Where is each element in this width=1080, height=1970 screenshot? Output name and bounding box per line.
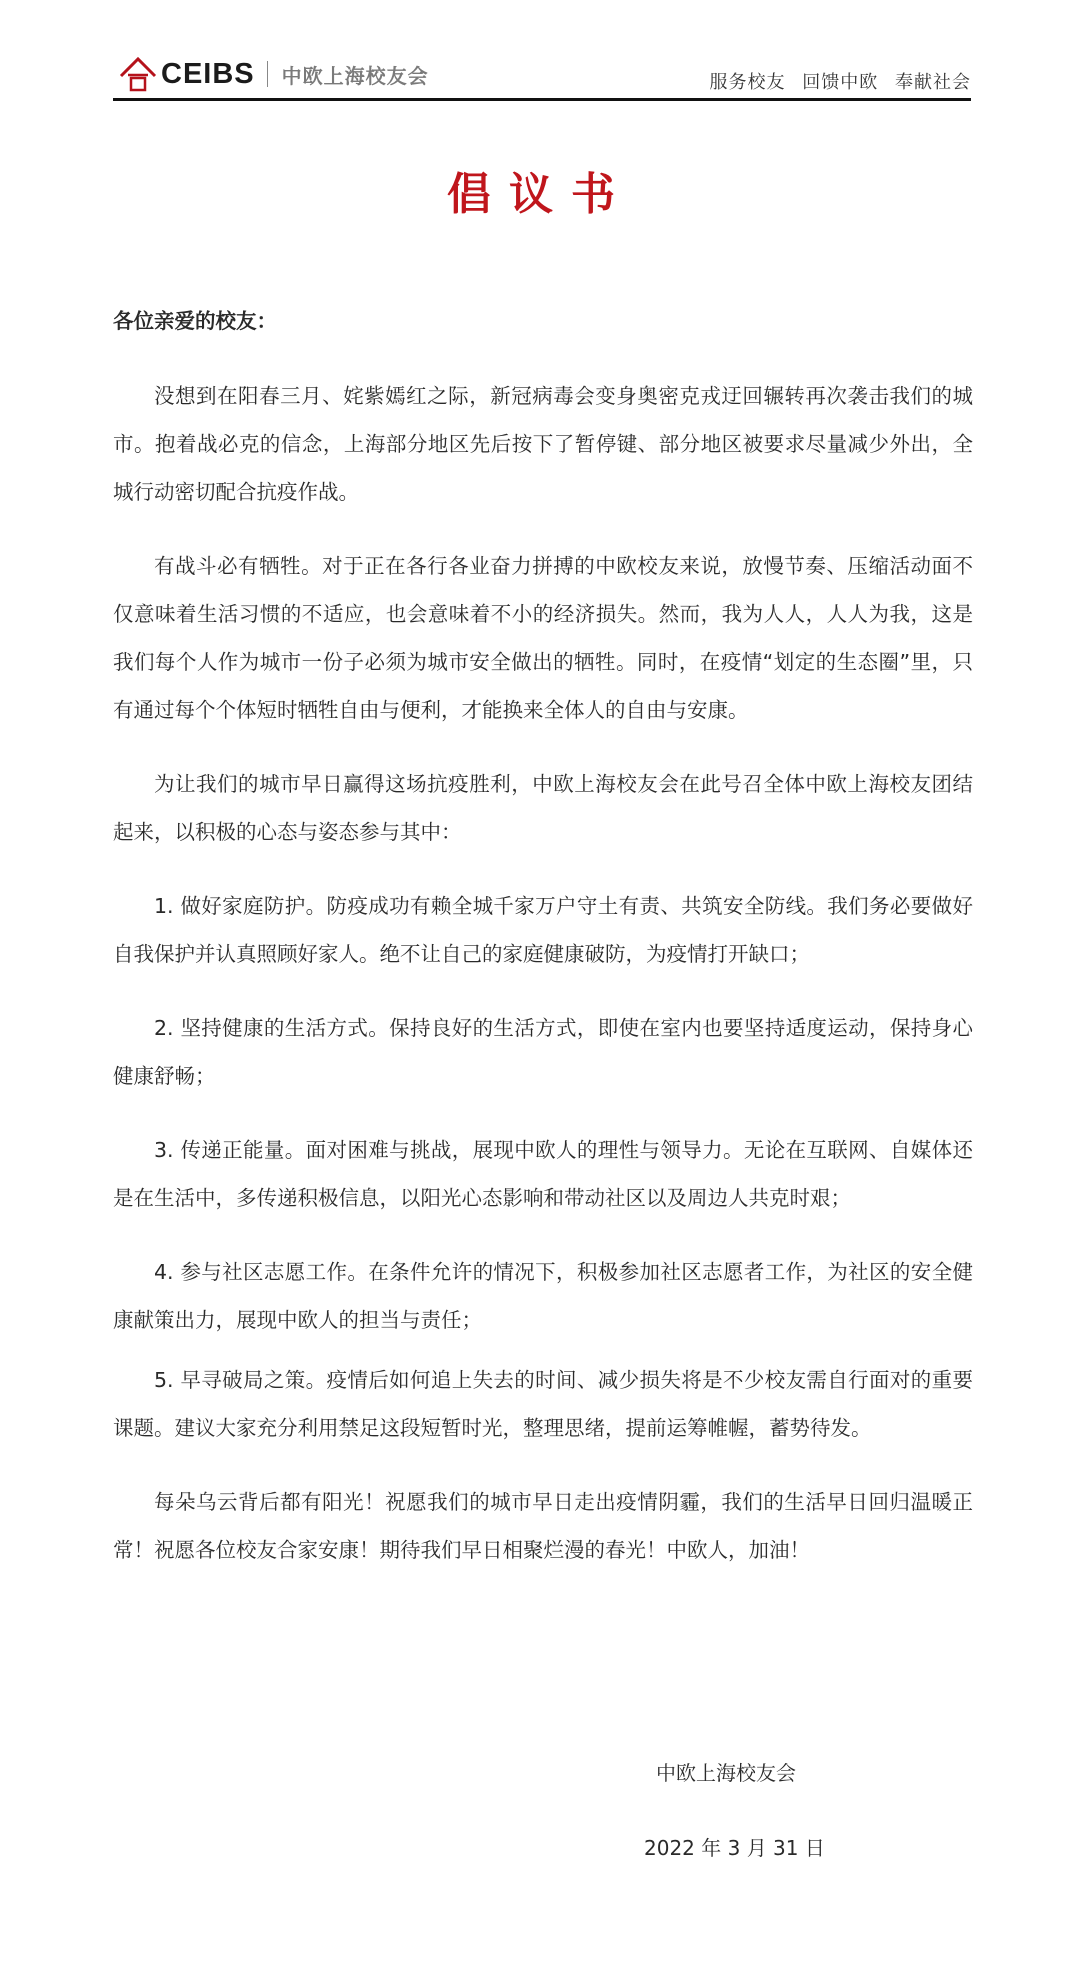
header-rule [113,98,971,101]
logo-chinese-name: 中欧上海校友会 [282,60,429,89]
ceibs-logo: CEIBS 中欧上海校友会 [119,56,429,92]
date: 2022 年 3 月 31 日 [644,1832,825,1861]
logo-divider [267,61,268,87]
slogan-item: 服务校友 [710,72,786,93]
list-item: 3. 传递正能量。面对困难与挑战，展现中欧人的理性与领导力。无论在互联网、自媒体… [113,1126,973,1222]
document-title: 倡议书 [0,158,1080,222]
paragraph: 为让我们的城市早日赢得这场抗疫胜利，中欧上海校友会在此号召全体中欧上海校友团结起… [113,760,973,856]
list-item: 5. 早寻破局之策。疫情后如何追上失去的时间、减少损失将是不少校友需自行面对的重… [113,1356,973,1452]
list-item: 4. 参与社区志愿工作。在条件允许的情况下，积极参加社区志愿者工作，为社区的安全… [113,1248,973,1344]
paragraph: 有战斗必有牺牲。对于正在各行各业奋力拼搏的中欧校友来说，放慢节奏、压缩活动面不仅… [113,542,973,734]
logo-text: CEIBS [161,58,255,91]
slogan-item: 回馈中欧 [802,72,878,93]
paragraph: 没想到在阳春三月、姹紫嫣红之际，新冠病毒会变身奥密克戎迂回辗转再次袭击我们的城市… [113,372,973,516]
signature: 中欧上海校友会 [656,1757,796,1786]
slogan: 服务校友 回馈中欧 奉献社会 [700,68,971,94]
list-item: 1. 做好家庭防护。防疫成功有赖全城千家万户守土有责、共筑安全防线。我们务必要做… [113,882,973,978]
closing-paragraph: 每朵乌云背后都有阳光！祝愿我们的城市早日走出疫情阴霾，我们的生活早日回归温暖正常… [113,1478,973,1574]
document-body: 各位亲爱的校友： 没想到在阳春三月、姹紫嫣红之际，新冠病毒会变身奥密克戎迂回辗转… [113,300,973,1600]
list-item: 2. 坚持健康的生活方式。保持良好的生活方式，即使在室内也要坚持适度运动，保持身… [113,1004,973,1100]
greeting: 各位亲爱的校友： [113,300,973,342]
ceibs-roof-icon [119,56,157,92]
slogan-item: 奉献社会 [895,72,971,93]
letterhead: CEIBS 中欧上海校友会 服务校友 回馈中欧 奉献社会 [113,52,971,98]
